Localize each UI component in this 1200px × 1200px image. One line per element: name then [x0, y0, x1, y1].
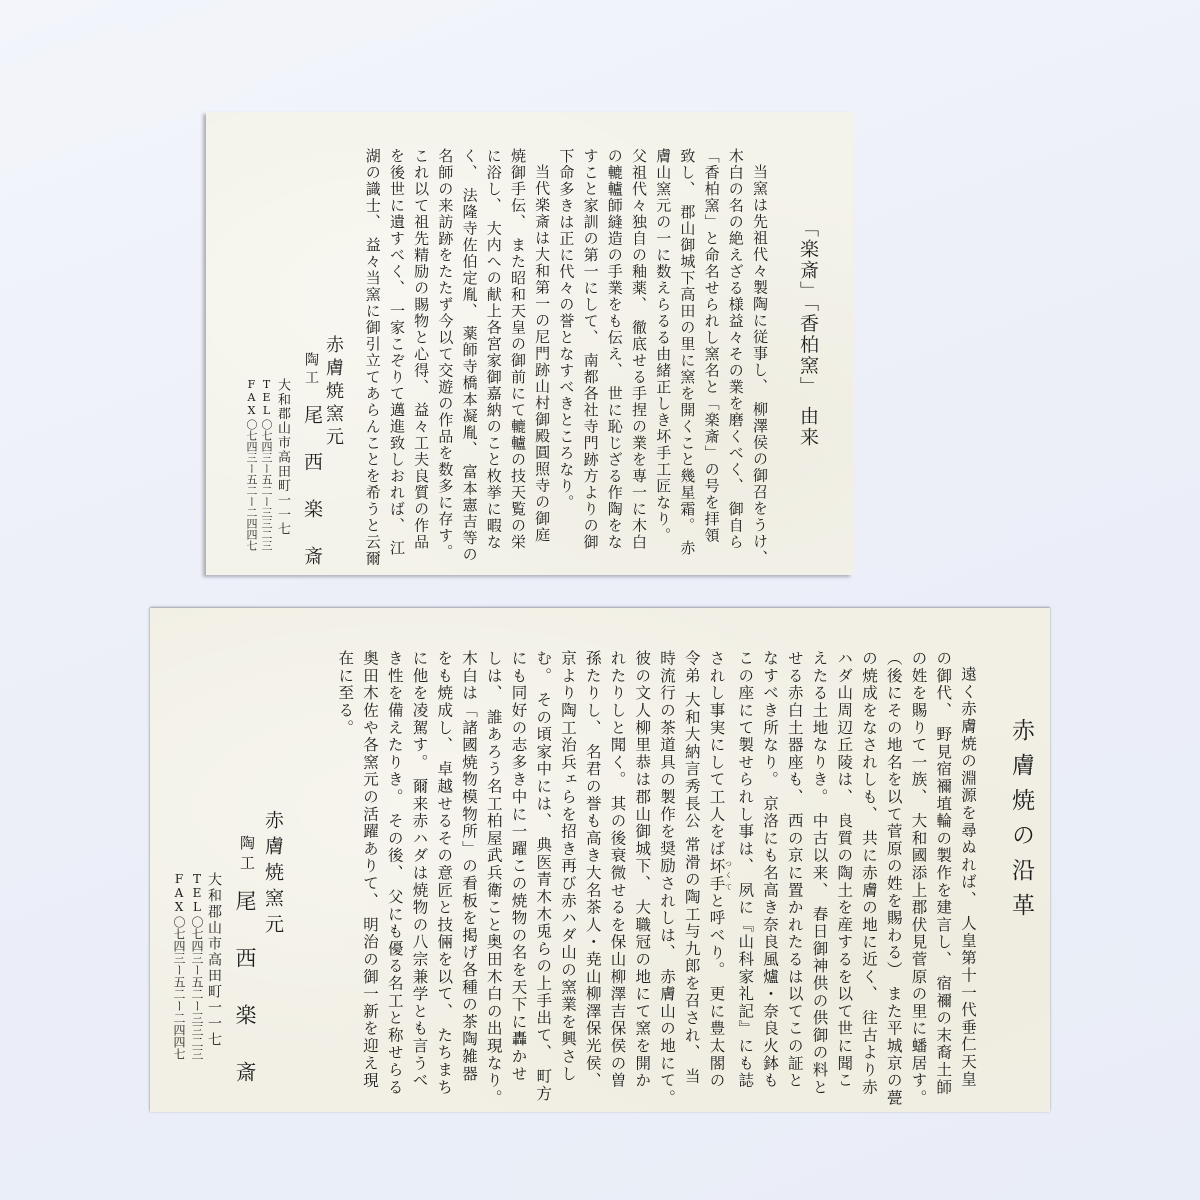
body-column: の姓を賜りて一族、 大和國添上郡伏見菅原の里に蟠居す。	[906, 650, 931, 1090]
signature-role: 陶工	[236, 835, 258, 875]
card-body: 当窯は先祖代々製陶に従事し、 柳澤侯の御召をうけ、 木白の名の絶えざる様益々その…	[361, 148, 772, 563]
ruby-reading: つくて	[725, 858, 733, 893]
body-column: 当窯は先祖代々製陶に従事し、 柳澤侯の御召をうけ、	[748, 148, 772, 563]
body-column: に他を凌駕す。 爾来赤ハダは焼物の八宗兼学とも言うべ	[407, 650, 432, 1090]
body-column: をも焼成し、 卓越せるその意匠と技倆を以て、 たちまち	[432, 650, 457, 1090]
tel-label: TEL	[260, 378, 273, 417]
body-column: えたる土地なりき。 中古以来、 春日御神供の供御の料と	[807, 650, 832, 1090]
body-column: 時流行の茶道具の製作を奨励されしは、 赤膚山の地にて。	[654, 650, 679, 1090]
signature-potter-name: 尾西楽斎	[300, 405, 324, 593]
history-card: 赤膚焼の沿革 遠く赤膚焼の淵源を尋ぬれば、 人皇第十一代垂仁天皇 の御代、 野見…	[150, 608, 1050, 1112]
body-column: の轆轤師縫造の手業をも伝え、 世に恥じざる作陶をな	[603, 148, 627, 563]
signature-kiln: 赤膚焼窯元	[321, 335, 345, 450]
body-column: 焼御手伝、 また昭和天皇の御前にて轆轤の技天覧の栄	[506, 148, 530, 563]
tel-number: 〇七四三ー五二ー三三二三	[260, 419, 273, 551]
ruby-base: 坏手	[708, 858, 726, 893]
body-column: 孫たりし、 名君の誉も高き大名茶人・尭山柳澤保光侯、	[580, 650, 605, 1090]
signature-potter-name: 尾西楽斎	[232, 890, 258, 1118]
card-body: 遠く赤膚焼の淵源を尋ぬれば、 人皇第十一代垂仁天皇 の御代、 野見宿禰埴輪の製作…	[336, 650, 980, 1090]
fax-label: FAX	[245, 378, 258, 417]
fax-number: 〇七四三ー五二ー二四四七	[172, 916, 186, 1060]
body-column: 木白は「諸國焼物模物所」の看板を掲げ各種の茶陶雑器	[456, 650, 481, 1090]
body-column: 在に至る。	[333, 650, 358, 1090]
body-column: 彼の文人柳里恭は郡山御城下、 大職冠の地にて窯を開か	[630, 650, 655, 1090]
body-column: 湖の識士、 益々当窯に御引立てあらんことを希うと云爾	[361, 148, 385, 563]
ruby-before: されし事実にして工人をば	[708, 650, 726, 858]
body-column: 下命多きは正に代々の誉となすべきところなり。	[554, 148, 578, 563]
signature-kiln: 赤膚焼窯元	[260, 810, 286, 940]
body-column: 奥田木佐や各窯元の活躍ありて、 明治の御一新を迎え現	[357, 650, 382, 1090]
ruby-after: と呼べり。 更に豊太閤の	[708, 892, 726, 1089]
body-column: 令弟 大和大納言秀長公 常滑の陶工与九郎を召され、 当	[679, 650, 704, 1090]
body-column: なすべき所なり。 京洛にも名高き奈良風爐・奈良火鉢も	[757, 650, 782, 1090]
body-column: 遠く赤膚焼の淵源を尋ぬれば、 人皇第十一代垂仁天皇	[955, 650, 980, 1090]
body-column: にも同好の志多き中に一躍この焼物の名を天下に轟かせ	[506, 650, 531, 1090]
body-column: すこと家訓の第一にして、 南都各社寺門跡方よりの御	[578, 148, 602, 563]
body-column: 父祖代々独自の釉薬、 徹底せる手捏の業を専一に木白	[627, 148, 651, 563]
signature-tel: TEL〇七四三ー五二ー三三二三	[189, 872, 205, 1060]
body-column: 名師の来訪跡をたたず今以て交遊の作品を数多に存す。	[433, 148, 457, 563]
body-column: く、 法隆寺佐伯定胤、 薬師寺橋本凝胤、 富本憲吉等の	[457, 148, 481, 563]
body-column: しは、 誰あろう名工柏屋武兵衛こと奥田木白の出現なり。	[481, 650, 506, 1090]
body-column: これ以て祖先精励の賜物と心得、 益々工夫良質の作品	[409, 148, 433, 563]
tel-label: TEL	[190, 872, 204, 914]
body-column: 膚山窯元の一に数えらるる由緒正しき坏手工匠なり。	[651, 148, 675, 563]
body-column: 当代楽斎は大和第一の尼門跡山村御殿圓照寺の御庭	[530, 148, 554, 563]
card-title: 「楽斎」「香柏窯」 由来	[793, 218, 823, 488]
body-column: を後世に遺すべく、 一家こぞりて邁進致しおれば、 江	[385, 148, 409, 563]
body-column: せる赤白土器座も、 西の京に置かれたるは以てこの証と	[782, 650, 807, 1090]
tel-number: 〇七四三ー五二ー三三二三	[190, 916, 204, 1060]
body-column: 「香柏窯」と命名せられし窯名と「楽斎」の号を拝領	[699, 148, 723, 563]
body-column: き性を備えたりき。 その後、 父にも優る名工と称せらる	[382, 650, 407, 1090]
card-title: 赤膚焼の沿革	[1005, 718, 1037, 948]
body-column-with-ruby: されし事実にして工人をば坏手つくてと呼べり。 更に豊太閤の	[704, 650, 733, 1090]
body-column: 木白の名の絶えざる様益々その業を磨くべく、 御自ら	[724, 148, 748, 563]
origin-card: 「楽斎」「香柏窯」 由来 当窯は先祖代々製陶に従事し、 柳澤侯の御召をうけ、 木…	[206, 112, 853, 575]
fax-number: 〇七四三ー五二ー二四四七	[245, 419, 258, 551]
body-column: に浴し、 大内への献上各宮家御嘉納のこと枚挙に暇な	[482, 148, 506, 563]
fax-label: FAX	[172, 872, 186, 914]
body-column: 京より陶工治兵ェらを招き再び赤ハダ山の窯業を興さし	[555, 650, 580, 1090]
signature-role: 陶工	[300, 352, 322, 388]
signature-fax: FAX〇七四三ー五二ー二四四七	[171, 872, 187, 1060]
body-column: む。 その頃家中には、 典医青木木兎らの上手出て、 町方	[531, 650, 556, 1090]
body-column: の焼成をなされしも、 共に赤膚の地に近く、 往古より赤	[856, 650, 881, 1090]
body-column: 致し、 郡山御城下高田の里に窯を開くこと幾星霜。 赤	[675, 148, 699, 563]
body-column: （後にその地名を以て菅原の姓を賜わる） また平城京の甍	[881, 650, 906, 1090]
signature-address: 大和郡山市高田町一一七	[205, 872, 223, 1048]
signature-tel: TEL〇七四三ー五二ー三三二三	[258, 378, 274, 551]
body-column: の御代、 野見宿禰埴輪の製作を建言し、 宿禰の末裔土師	[931, 650, 956, 1090]
body-column: この座にて製せられし事は、 夙に『山科家礼記』にも誌	[733, 650, 758, 1090]
body-column: れたりしと聞く。 其の後衰微せるを保山柳澤吉保侯の曽	[605, 650, 630, 1090]
signature-fax: FAX〇七四三ー五二ー二四四七	[243, 378, 259, 551]
signature-address: 大和郡山市高田町一一七	[273, 378, 291, 536]
body-column: ハダ山周辺丘陵は、 良質の陶土を産するを以て世に聞こ	[832, 650, 857, 1090]
ruby-word: 坏手つくて	[708, 858, 726, 893]
